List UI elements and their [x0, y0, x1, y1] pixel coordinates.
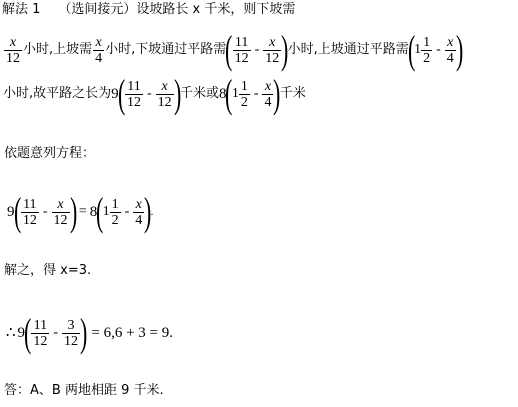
intro-text: 依题意列方程： [4, 146, 95, 162]
left-paren: ( [24, 313, 31, 353]
left-paren: ( [225, 74, 232, 114]
fraction: x 4 [133, 197, 144, 228]
right-paren: ) [174, 74, 181, 114]
numerator: 11 [233, 35, 250, 50]
equals-sign: = [79, 204, 87, 220]
denominator: 4 [445, 50, 456, 66]
numerator: 1 [110, 197, 121, 212]
right-paren: ) [144, 192, 151, 232]
denominator: 4 [262, 94, 273, 110]
numerator: 11 [21, 197, 38, 212]
method-label: 解法 1 [2, 2, 40, 18]
denominator: 2 [239, 94, 250, 110]
minus-operator: - [43, 204, 48, 220]
left-paren: ( [225, 30, 232, 70]
text-segment: 小时,上坡需 [23, 42, 92, 58]
result-expression: = 6,6 + 3 = 9. [91, 325, 173, 341]
fraction: 11 12 [31, 318, 49, 349]
fraction: x 12 [263, 35, 281, 66]
minus-operator: - [255, 42, 260, 58]
flat-road-length-line: 小时,故平路之长为 9 ( 11 12 - x 12 ) 千米或 8 ( 1 1… [3, 74, 306, 114]
denominator: 12 [21, 212, 39, 228]
solve-text: 解之，得 x=3. [4, 263, 91, 279]
denominator: 12 [263, 50, 281, 66]
left-paren: ( [13, 192, 20, 232]
fraction: x 4 [445, 35, 456, 66]
numerator: 1 [421, 35, 432, 50]
main-equation: 9 ( 11 12 - x 12 ) = 8 ( 1 1 2 - x 4 ) . [7, 192, 153, 232]
text-segment: 小时,上坡通过平路需 [288, 42, 409, 58]
denominator: 12 [156, 94, 174, 110]
numerator: 11 [32, 318, 49, 333]
answer-line: 答：A、B 两地相距 9 千米. [4, 383, 164, 399]
whole-number: 1 [103, 204, 110, 220]
solve-line: 解之，得 x=3. [4, 263, 91, 279]
text-segment: 小时,下坡通过平路需 [105, 42, 226, 58]
fraction: 1 2 [110, 197, 121, 228]
fraction-uphill: x 4 [93, 35, 104, 66]
fraction: 1 2 [239, 79, 250, 110]
numerator: x [267, 35, 277, 50]
therefore-symbol: ∴ [6, 325, 16, 341]
denominator: 12 [4, 50, 22, 66]
numerator: x [160, 79, 170, 94]
minus-operator: - [53, 325, 58, 341]
right-paren: ) [69, 192, 76, 232]
numerator: 3 [66, 318, 77, 333]
therefore-equation: ∴ 9 ( 11 12 - 3 12 ) = 6,6 + 3 = 9. [6, 313, 173, 353]
numerator: x [263, 79, 273, 94]
text-segment: 小时,故平路之长为 [3, 86, 111, 102]
fraction: x 12 [156, 79, 174, 110]
minus-operator: - [147, 86, 152, 102]
text-segment: 千米或 [180, 86, 219, 102]
denominator: 12 [125, 94, 143, 110]
numerator: x [94, 35, 104, 50]
numerator: 11 [125, 79, 142, 94]
fraction-downhill: x 12 [4, 35, 22, 66]
solution-heading: 解法 1 （选间接元）设坡路长 x 千米，则下坡需 [2, 2, 295, 18]
right-paren: ) [281, 30, 288, 70]
numerator: x [8, 35, 18, 50]
whole-number: 1 [232, 86, 239, 102]
fraction: 1 2 [421, 35, 432, 66]
fraction: 11 12 [233, 35, 251, 66]
minus-operator: - [436, 42, 441, 58]
fraction: x 12 [52, 197, 70, 228]
denominator: 12 [233, 50, 251, 66]
denominator: 12 [62, 333, 80, 349]
minus-operator: - [125, 204, 130, 220]
method-note: （选间接元）设坡路长 x 千米，则下坡需 [58, 2, 295, 18]
numerator: 1 [239, 79, 250, 94]
left-paren: ( [408, 30, 415, 70]
left-paren: ( [96, 192, 103, 232]
right-paren: ) [456, 30, 463, 70]
time-expressions-line: x 12 小时,上坡需 x 4 小时,下坡通过平路需 ( 11 12 - x 1… [3, 30, 462, 70]
denominator: 2 [421, 50, 432, 66]
right-paren: ) [273, 74, 280, 114]
fraction: 11 12 [125, 79, 143, 110]
numerator: x [55, 197, 65, 212]
answer-text: 答：A、B 两地相距 9 千米. [4, 383, 164, 399]
equation-intro: 依题意列方程： [4, 146, 95, 162]
denominator: 12 [31, 333, 49, 349]
left-paren: ( [118, 74, 125, 114]
right-paren: ) [80, 313, 87, 353]
fraction: 11 12 [21, 197, 39, 228]
denominator: 2 [110, 212, 121, 228]
numerator: x [445, 35, 455, 50]
fraction: x 4 [262, 79, 273, 110]
denominator: 4 [133, 212, 144, 228]
denominator: 4 [93, 50, 104, 66]
fraction: 3 12 [62, 318, 80, 349]
minus-operator: - [254, 86, 259, 102]
denominator: 12 [52, 212, 70, 228]
text-segment: 千米 [280, 86, 306, 102]
numerator: x [134, 197, 144, 212]
